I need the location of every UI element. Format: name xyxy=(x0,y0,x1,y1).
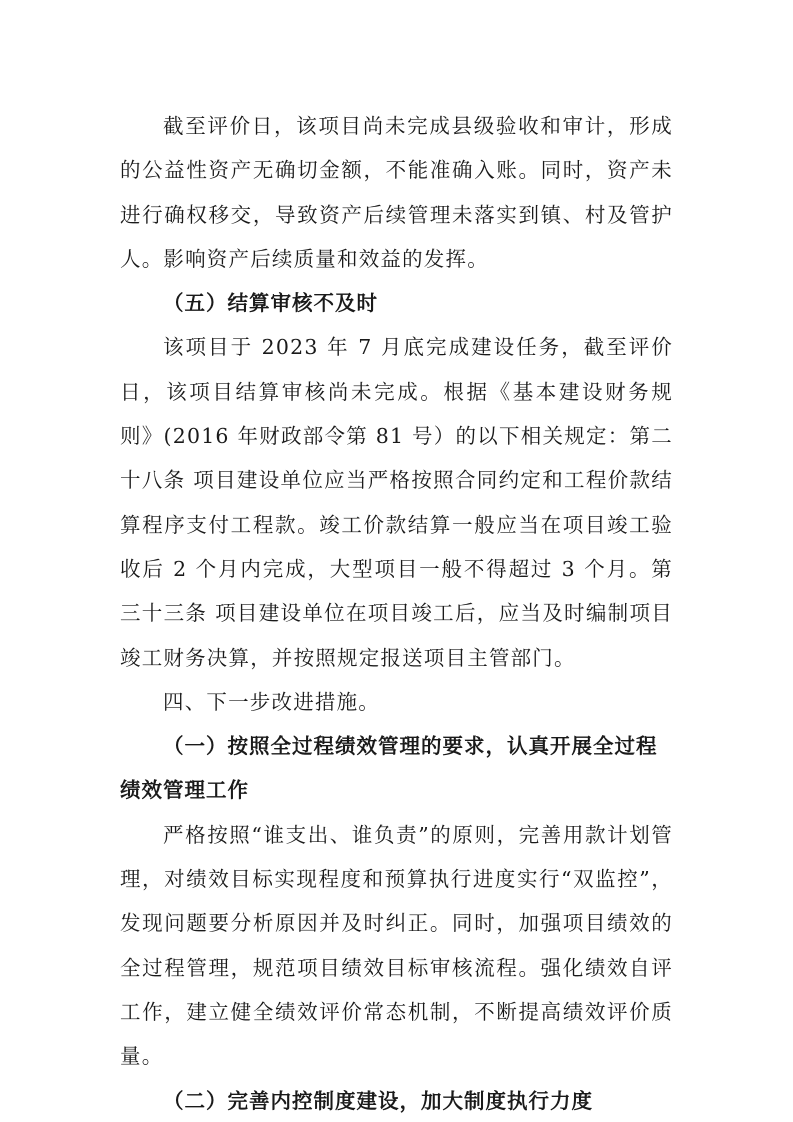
document-page: 截至评价日，该项目尚未完成县级验收和审计，形成的公益性资产无确切金额，不能准确入… xyxy=(120,104,673,1122)
paragraph-asset-issue: 截至评价日，该项目尚未完成县级验收和审计，形成的公益性资产无确切金额，不能准确入… xyxy=(120,104,673,281)
heading-internal-control: （二）完善内控制度建设，加大制度执行力度 xyxy=(120,1079,673,1122)
heading-full-process-management: （一）按照全过程绩效管理的要求，认真开展全过程绩效管理工作 xyxy=(120,724,673,813)
paragraph-settlement-detail: 该项目于 2023 年 7 月底完成建设任务，截至评价日，该项目结算审核尚未完成… xyxy=(120,325,673,679)
section-heading-improvements: 四、下一步改进措施。 xyxy=(120,680,673,724)
paragraph-full-process-detail: 严格按照“谁支出、谁负责”的原则，完善用款计划管理，对绩效目标实现程度和预算执行… xyxy=(120,813,673,1079)
heading-settlement-delay: （五）结算审核不及时 xyxy=(120,281,673,325)
